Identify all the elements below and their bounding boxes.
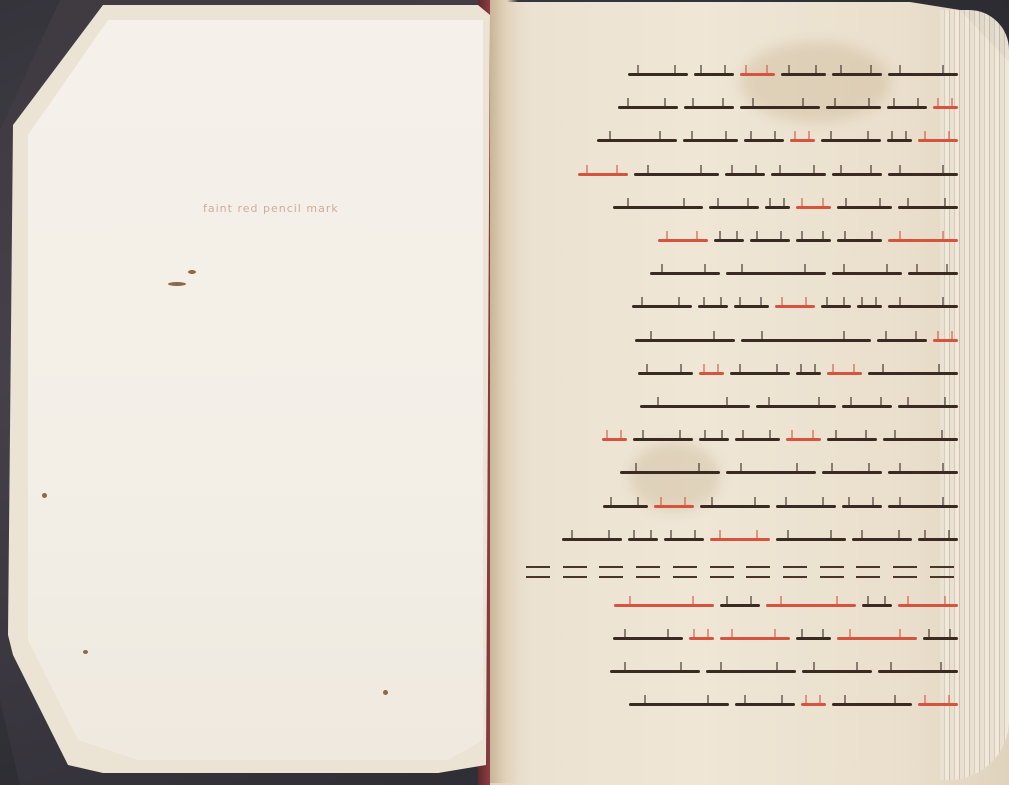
ink-word [628,538,658,541]
syriac-text-block [518,58,958,722]
ink-word [744,139,784,142]
ink-word [878,670,958,673]
ink-word [597,139,677,142]
section-divider [518,556,958,589]
ink-word [796,239,831,242]
ink-word [633,438,693,441]
rubric-word [602,438,627,441]
ink-word [868,372,958,375]
foxing-spot [168,282,186,286]
rubric-word [710,538,770,541]
ink-word [862,604,892,607]
ink-word [734,305,769,308]
ink-word [635,339,735,342]
ink-word [613,637,683,640]
text-line [518,589,958,622]
divider-dash [636,566,660,578]
rubric-word [775,305,815,308]
rubric-word [801,703,826,706]
divider-dash [563,566,587,578]
ink-word [918,538,958,541]
ink-word [832,272,902,275]
rubric-word [898,604,958,607]
ink-word [888,505,958,508]
text-line [518,489,958,522]
text-line [518,124,958,157]
ink-word [706,670,796,673]
rubric-word [918,139,958,142]
ink-word [720,604,760,607]
ink-word [908,272,958,275]
ink-word [837,206,892,209]
divider-dash [526,566,550,578]
ink-word [765,206,790,209]
gutter-shadow [490,0,518,783]
text-line [518,158,958,191]
foxing-spot [383,690,388,695]
text-line [518,191,958,224]
divider-dash [820,566,844,578]
ink-word [898,206,958,209]
ink-word [684,106,734,109]
ink-word [741,339,871,342]
rubric-word [740,73,775,76]
ink-word [750,239,790,242]
ink-word [832,703,912,706]
ink-word [888,471,958,474]
ink-word [822,471,882,474]
ink-word [664,538,704,541]
ink-word [613,206,703,209]
ink-word [821,305,851,308]
text-line [518,423,958,456]
ink-word [776,505,836,508]
ink-word [888,173,958,176]
rubric-word [654,505,694,508]
ink-word [618,106,678,109]
ink-word [796,372,821,375]
rubric-word [720,637,790,640]
ink-word [629,703,729,706]
ink-word [842,405,892,408]
foxing-spot [83,650,88,654]
ink-word [832,73,882,76]
ink-word [898,405,958,408]
ink-word [837,239,882,242]
ink-word [852,538,912,541]
divider-dash [746,566,770,578]
ink-word [883,438,958,441]
ink-word [726,471,816,474]
ink-word [700,505,770,508]
ink-word [725,173,765,176]
rubric-word [689,637,714,640]
rubric-word [786,438,821,441]
faint-pencil-mark: faint red pencil mark [203,202,339,215]
rubric-word [790,139,815,142]
text-line [518,257,958,290]
ink-word [730,372,790,375]
ink-word [699,438,729,441]
ink-word [842,505,882,508]
ink-word [632,305,692,308]
ink-word [888,305,958,308]
ink-word [740,106,820,109]
ink-word [714,239,744,242]
text-line [518,523,958,556]
ink-word [771,173,826,176]
rubric-word [658,239,708,242]
divider-dash [710,566,734,578]
rubric-word [933,339,958,342]
rubric-word [933,106,958,109]
ink-word [610,670,700,673]
ink-word [562,538,622,541]
ink-word [640,405,750,408]
rubric-word [796,206,831,209]
divider-dash [893,566,917,578]
ink-word [827,438,877,441]
divider-dash [930,566,954,578]
rubric-word [918,703,958,706]
ink-word [877,339,927,342]
ink-word [888,73,958,76]
ink-word [634,173,719,176]
divider-dash [599,566,623,578]
rubric-word [578,173,628,176]
ink-word [887,139,912,142]
ink-word [603,505,648,508]
foxing-spot [42,493,47,498]
ink-word [735,438,780,441]
ink-word [620,471,720,474]
text-line [518,224,958,257]
text-line [518,91,958,124]
ink-word [776,538,846,541]
rubric-word [888,239,958,242]
ink-word [726,272,826,275]
ink-word [832,173,882,176]
divider-dash [673,566,697,578]
rubric-word [827,372,862,375]
rubric-word [614,604,714,607]
text-line [518,58,958,91]
text-line [518,390,958,423]
ink-word [698,305,728,308]
foxing-spot [188,270,196,274]
divider-dash [783,566,807,578]
text-line [518,456,958,489]
ink-word [709,206,759,209]
left-blank-page: faint red pencil mark [28,20,483,760]
rubric-word [837,637,917,640]
text-line [518,655,958,688]
text-line [518,622,958,655]
ink-word [638,372,693,375]
rubric-word [699,372,724,375]
text-line [518,324,958,357]
ink-word [683,139,738,142]
ink-word [650,272,720,275]
ink-word [756,405,836,408]
ink-word [796,637,831,640]
ink-word [923,637,958,640]
ink-word [821,139,881,142]
rubric-word [766,604,856,607]
ink-word [826,106,881,109]
ink-word [857,305,882,308]
ink-word [735,703,795,706]
text-line [518,290,958,323]
ink-word [781,73,826,76]
manuscript-photo: faint red pencil mark [0,0,1009,785]
text-line [518,688,958,721]
divider-dash [856,566,880,578]
text-line [518,357,958,390]
ink-word [887,106,927,109]
ink-word [628,73,688,76]
ink-word [694,73,734,76]
ink-word [802,670,872,673]
